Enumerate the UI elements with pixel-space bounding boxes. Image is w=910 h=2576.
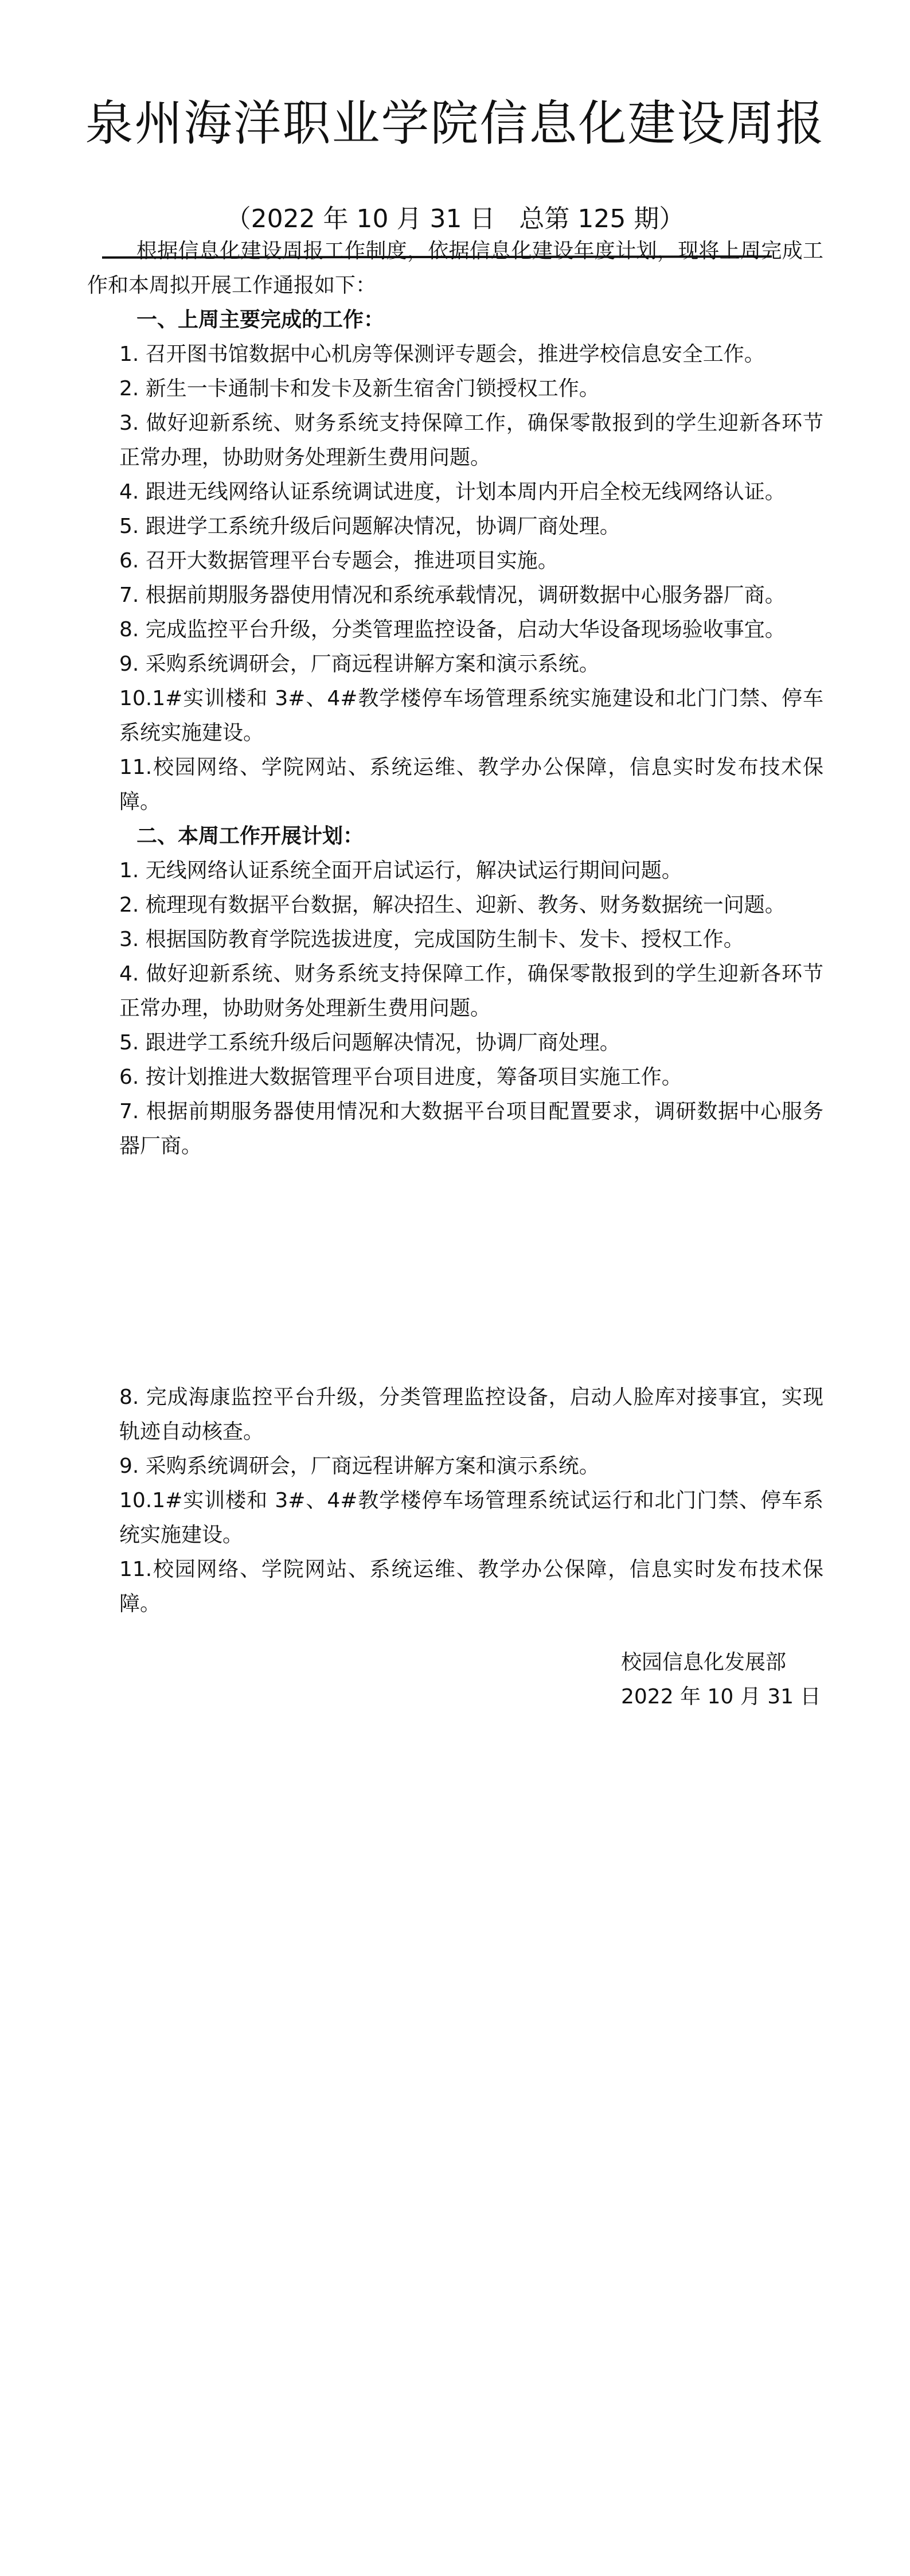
list-item: 11.校园网络、学院网站、系统运维、教学办公保障，信息实时发布技术保障。 [119, 1552, 823, 1621]
list-item: 2. 梳理现有数据平台数据，解决招生、迎新、教务、财务数据统一问题。 [119, 888, 823, 923]
list-item: 6. 按计划推进大数据管理平台项目进度，筹备项目实施工作。 [119, 1060, 823, 1095]
this-week-list-continued: 8. 完成海康监控平台升级，分类管理监控设备，启动人脸库对接事宜，实现轨迹自动核… [87, 1380, 823, 1621]
list-item: 10.1#实训楼和 3#、4#教学楼停车场管理系统试运行和北门门禁、停车系统实施… [119, 1484, 823, 1552]
list-item: 8. 完成监控平台升级，分类管理监控设备，启动大华设备现场验收事宜。 [119, 613, 823, 647]
list-item: 1. 召开图书馆数据中心机房等保测评专题会，推进学校信息安全工作。 [119, 337, 823, 372]
signature-block: 校园信息化发展部 2022 年 10 月 31 日 [621, 1645, 821, 1714]
signature-date: 2022 年 10 月 31 日 [621, 1680, 821, 1714]
report-body: 根据信息化建设周报工作制度，依据信息化建设年度计划，现将上周完成工作和本周拟开展… [87, 234, 823, 1621]
list-item: 9. 采购系统调研会，厂商远程讲解方案和演示系统。 [119, 647, 823, 682]
last-week-list: 1. 召开图书馆数据中心机房等保测评专题会，推进学校信息安全工作。 2. 新生一… [87, 337, 823, 819]
issue-subtitle: （2022 年 10 月 31 日 总第 125 期） [0, 201, 910, 238]
list-item: 4. 跟进无线网络认证系统调试进度，计划本周内开启全校无线网络认证。 [119, 475, 823, 509]
intro-paragraph: 根据信息化建设周报工作制度，依据信息化建设年度计划，现将上周完成工作和本周拟开展… [87, 234, 823, 303]
list-item: 5. 跟进学工系统升级后问题解决情况，协调厂商处理。 [119, 509, 823, 544]
document-page: 泉州海洋职业学院信息化建设周报 （2022 年 10 月 31 日 总第 125… [0, 0, 910, 2576]
list-item: 7. 根据前期服务器使用情况和系统承载情况，调研数据中心服务器厂商。 [119, 578, 823, 613]
list-item: 1. 无线网络认证系统全面开启试运行，解决试运行期间问题。 [119, 854, 823, 888]
document-title: 泉州海洋职业学院信息化建设周报 [0, 92, 910, 155]
list-item: 8. 完成海康监控平台升级，分类管理监控设备，启动人脸库对接事宜，实现轨迹自动核… [119, 1380, 823, 1449]
list-item: 2. 新生一卡通制卡和发卡及新生宿舍门锁授权工作。 [119, 372, 823, 406]
list-item: 9. 采购系统调研会，厂商远程讲解方案和演示系统。 [119, 1449, 823, 1484]
list-item: 3. 做好迎新系统、财务系统支持保障工作，确保零散报到的学生迎新各环节正常办理，… [119, 406, 823, 475]
list-item: 11.校园网络、学院网站、系统运维、教学办公保障，信息实时发布技术保障。 [119, 750, 823, 819]
section-heading-this-week: 二、本周工作开展计划： [87, 819, 823, 854]
list-item: 4. 做好迎新系统、财务系统支持保障工作，确保零散报到的学生迎新各环节正常办理，… [119, 957, 823, 1026]
list-item: 3. 根据国防教育学院选拔进度，完成国防生制卡、发卡、授权工作。 [119, 923, 823, 957]
signature-department: 校园信息化发展部 [621, 1645, 821, 1680]
this-week-list: 1. 无线网络认证系统全面开启试运行，解决试运行期间问题。 2. 梳理现有数据平… [87, 854, 823, 1164]
section-heading-last-week: 一、上周主要完成的工作： [87, 303, 823, 337]
list-item: 5. 跟进学工系统升级后问题解决情况，协调厂商处理。 [119, 1026, 823, 1060]
list-item: 10.1#实训楼和 3#、4#教学楼停车场管理系统实施建设和北门门禁、停车系统实… [119, 682, 823, 750]
list-item: 7. 根据前期服务器使用情况和大数据平台项目配置要求，调研数据中心服务器厂商。 [119, 1095, 823, 1164]
page-break-gap [87, 1164, 823, 1380]
list-item: 6. 召开大数据管理平台专题会，推进项目实施。 [119, 544, 823, 578]
